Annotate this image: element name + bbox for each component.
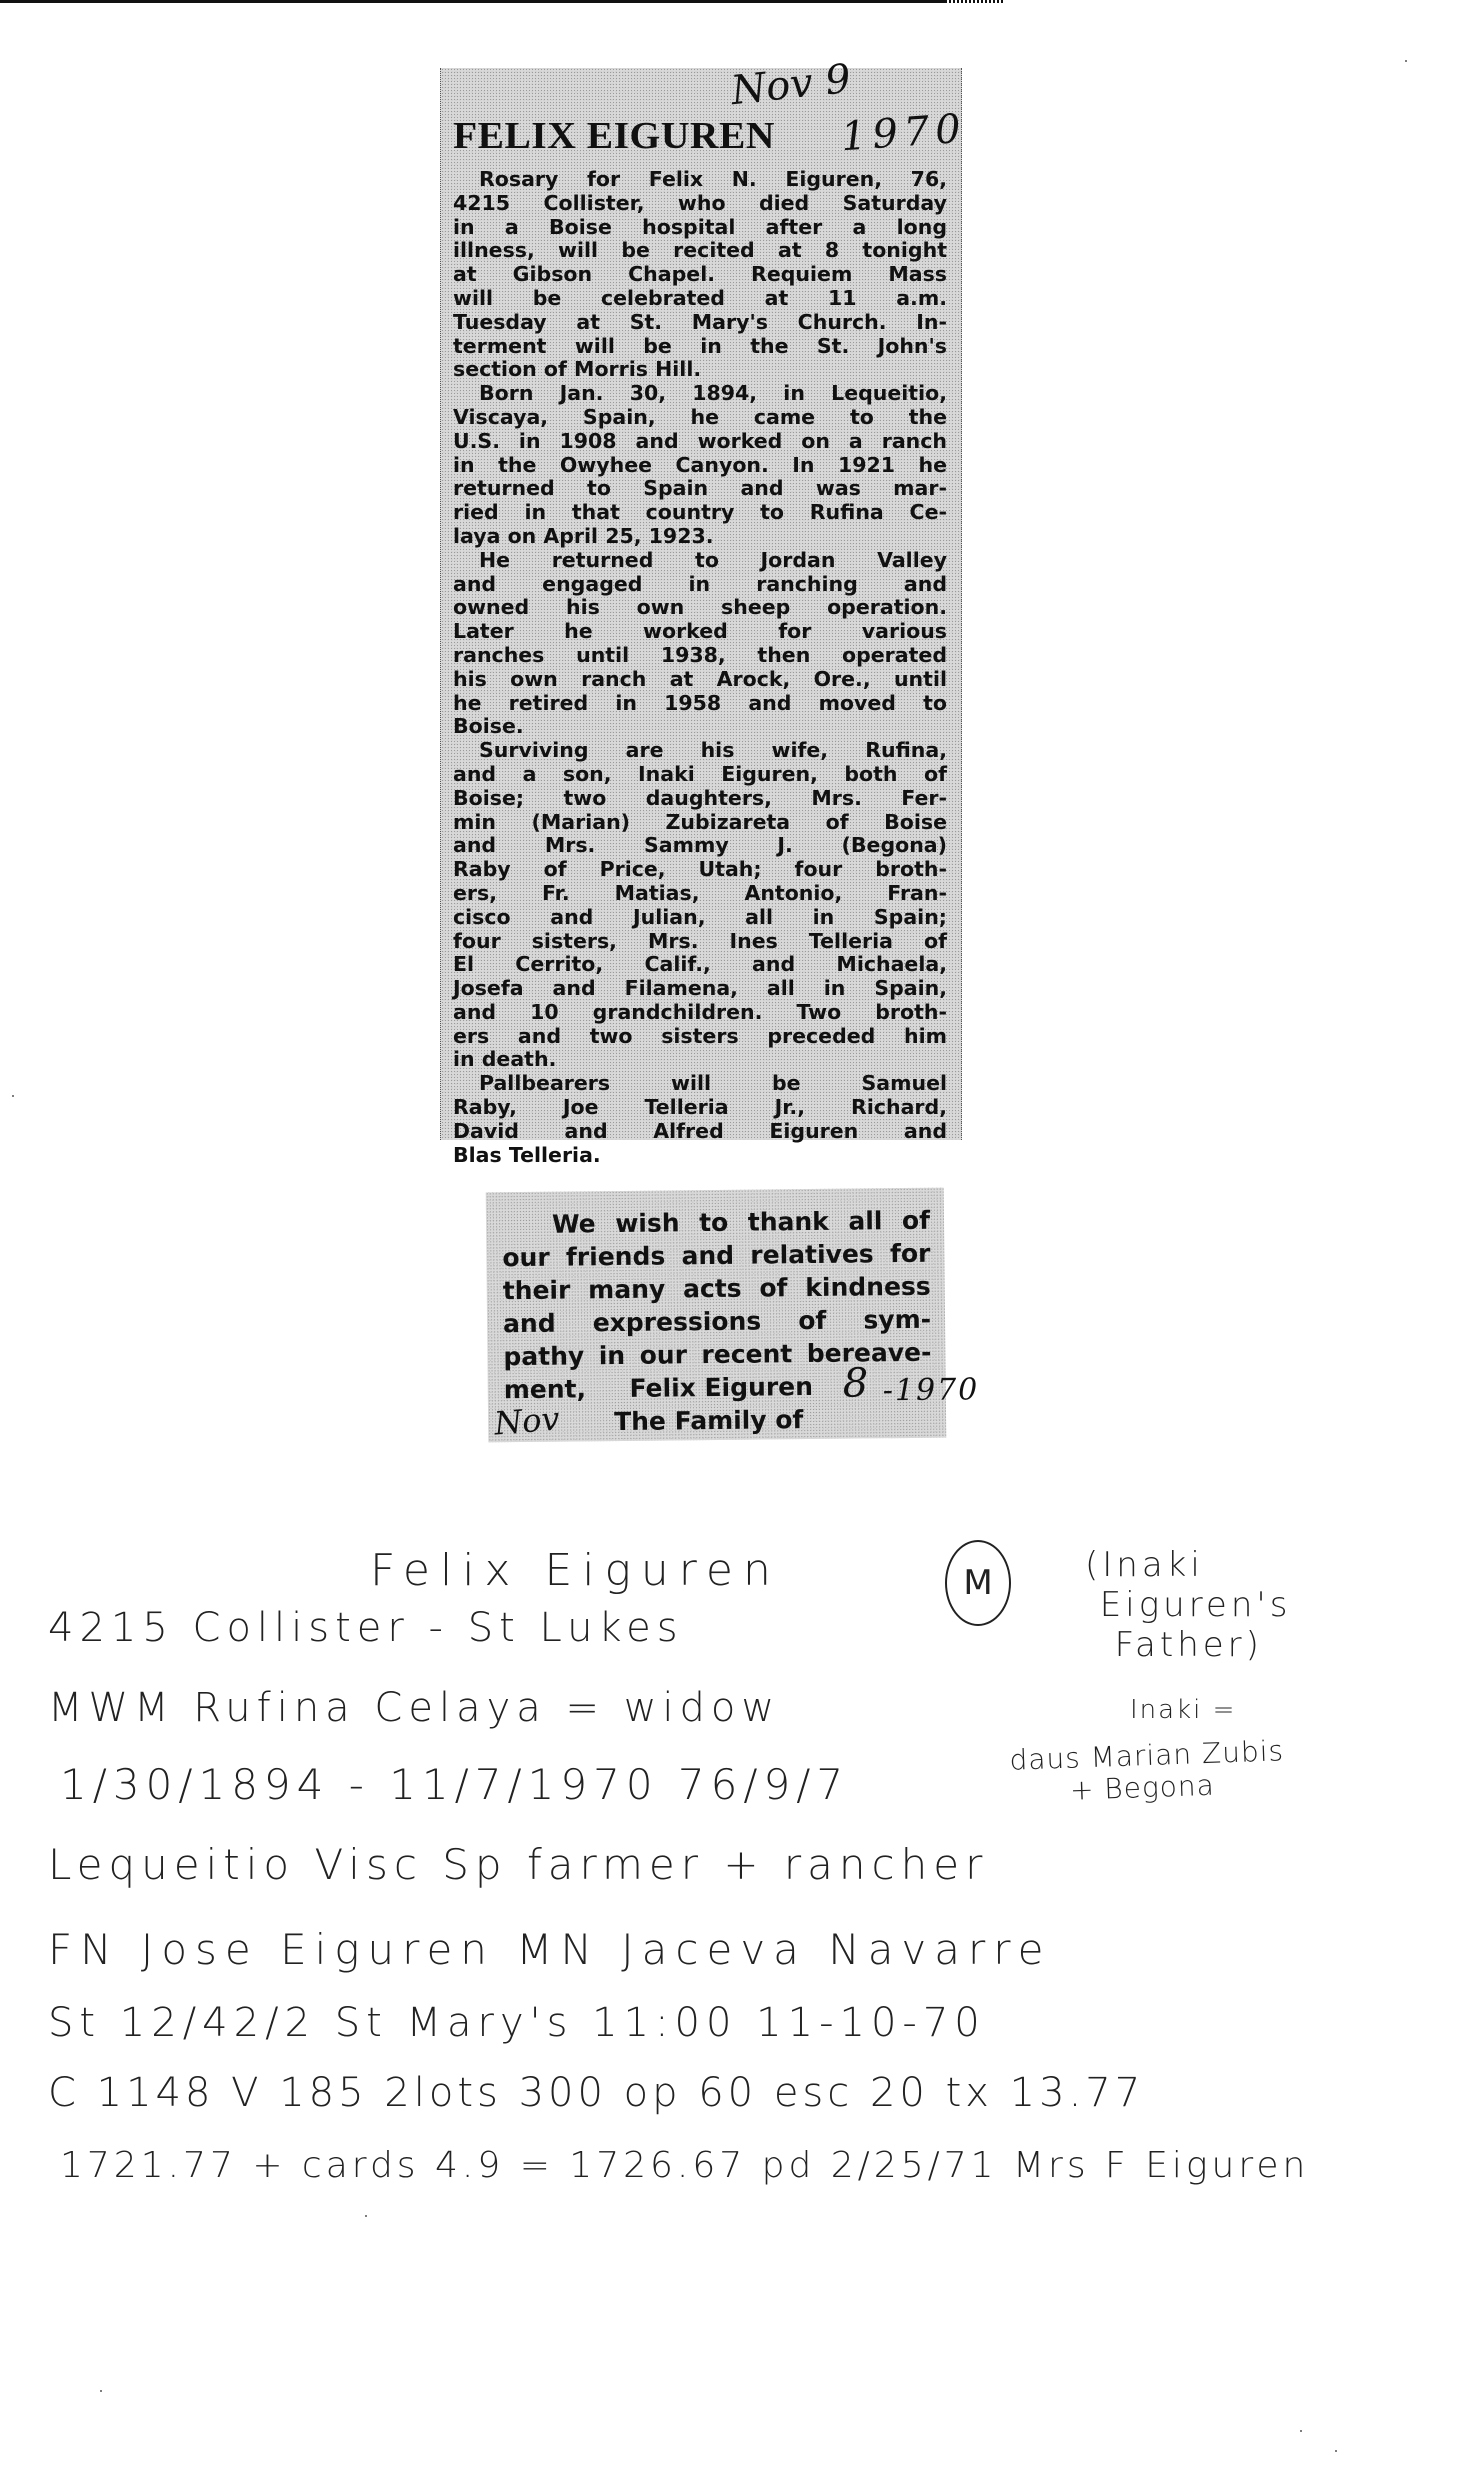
obituary-line: Later he worked for various xyxy=(453,620,947,644)
obituary-line: Boise. xyxy=(453,715,947,739)
obituary-line: cisco and Julian, all in Spain; xyxy=(453,906,947,930)
obituary-line: Boise; two daughters, Mrs. Fer- xyxy=(453,787,947,811)
card-line: their many acts of kindness xyxy=(503,1270,931,1307)
obituary-line: returned to Spain and was mar- xyxy=(453,477,947,501)
scan-top-edge xyxy=(0,0,945,3)
scan-top-edge-faint xyxy=(945,0,1005,3)
obituary-line: and Mrs. Sammy J. (Begona) xyxy=(453,834,947,858)
scan-speck xyxy=(365,2215,367,2217)
obituary-line: and a son, Inaki Eiguren, both of xyxy=(453,763,947,787)
scan-speck xyxy=(1335,2450,1337,2452)
obituary-line: four sisters, Mrs. Ines Telleria of xyxy=(453,930,947,954)
note-parents: FN Jose Eiguren MN Jaceva Navarre xyxy=(48,1925,1051,1974)
obituary-line: El Cerrito, Calif., and Michaela, xyxy=(453,953,947,977)
obituary-line: at Gibson Chapel. Requiem Mass xyxy=(453,263,947,287)
obituary-line: he retired in 1958 and moved to xyxy=(453,692,947,716)
obituary-line: ers, Fr. Matias, Antonio, Fran- xyxy=(453,882,947,906)
obituary-line: terment will be in the St. John's xyxy=(453,335,947,359)
card-handwritten-day: 8 xyxy=(842,1360,868,1406)
obituary-line: Pallbearers will be Samuel xyxy=(453,1072,947,1096)
obituary-line: Born Jan. 30, 1894, in Lequeitio, xyxy=(453,382,947,406)
obituary-line: Blas Telleria. xyxy=(453,1144,947,1168)
card-handwritten-month: Nov xyxy=(493,1399,561,1442)
note-birthplace-occupation: Lequeitio Visc Sp farmer + rancher xyxy=(48,1840,988,1889)
obituary-paragraph: Pallbearers will be SamuelRaby, Joe Tell… xyxy=(453,1072,947,1167)
note-total-paid: 1721.77 + cards 4.9 = 1726.67 pd 2/25/71… xyxy=(60,2145,1309,2186)
obituary-paragraph: He returned to Jordan Valleyand engaged … xyxy=(453,549,947,739)
obituary-line: Tuesday at St. Mary's Church. In- xyxy=(453,311,947,335)
obituary-line: Rosary for Felix N. Eiguren, 76, xyxy=(453,168,947,192)
note-dates: 1/30/1894 - 11/7/1970 76/9/7 xyxy=(60,1760,849,1809)
obituary-line: illness, will be recited at 8 tonight xyxy=(453,239,947,263)
circled-m-letter: M xyxy=(963,1563,992,1603)
note-marital: MWM Rufina Celaya = widow xyxy=(48,1685,780,1731)
handwritten-date-month-day: Nov 9 xyxy=(729,56,853,114)
scan-speck xyxy=(12,1095,14,1097)
obituary-paragraph: Born Jan. 30, 1894, in Lequeitio,Viscaya… xyxy=(453,382,947,549)
obituary-line: Raby of Price, Utah; four broth- xyxy=(453,858,947,882)
card-handwritten-year: -1970 xyxy=(883,1372,980,1408)
obituary-line: min (Marian) Zubizareta of Boise xyxy=(453,811,947,835)
obituary-line: Josefa and Filamena, all in Spain, xyxy=(453,977,947,1001)
obituary-line: will be celebrated at 11 a.m. xyxy=(453,287,947,311)
obituary-paragraph: Surviving are his wife, Rufina,and a son… xyxy=(453,739,947,1072)
note-address: 4215 Collister - St Lukes xyxy=(48,1605,684,1651)
obituary-line: section of Morris Hill. xyxy=(453,358,947,382)
scan-speck xyxy=(1300,2430,1302,2432)
card-line: We wish to thank all of xyxy=(502,1204,930,1241)
circled-m-mark: M xyxy=(945,1540,1011,1626)
obituary-line: Surviving are his wife, Rufina, xyxy=(453,739,947,763)
thank-you-card: We wish to thank all of our friends and … xyxy=(486,1188,947,1443)
note-inaki: Inaki = xyxy=(1130,1695,1236,1725)
obituary-title: FELIX EIGUREN xyxy=(453,114,967,158)
note-relation: (Inaki Eiguren's Father) xyxy=(1085,1545,1291,1665)
card-signature-family: The Family of xyxy=(504,1402,932,1439)
obituary-line: ried in that country to Rufina Ce- xyxy=(453,501,947,525)
obituary-line: in death. xyxy=(453,1048,947,1072)
obituary-line: owned his own sheep operation. xyxy=(453,596,947,620)
obituary-body: Rosary for Felix N. Eiguren, 76,4215 Col… xyxy=(453,168,947,1167)
note-daughters: daus Marian Zubis + Begona xyxy=(1009,1735,1286,1809)
obituary-line: David and Alfred Eiguren and xyxy=(453,1120,947,1144)
obituary-line: his own ranch at Arock, Ore., until xyxy=(453,668,947,692)
obituary-line: laya on April 25, 1923. xyxy=(453,525,947,549)
scan-speck xyxy=(100,2390,102,2392)
obituary-line: and 10 grandchildren. Two broth- xyxy=(453,1001,947,1025)
obituary-line: and engaged in ranching and xyxy=(453,573,947,597)
note-cemetery-service: St 12/42/2 St Mary's 11:00 11-10-70 xyxy=(48,2000,986,2046)
obituary-line: Raby, Joe Telleria Jr., Richard, xyxy=(453,1096,947,1120)
obituary-line: in the Owyhee Canyon. In 1921 he xyxy=(453,454,947,478)
obituary-line: He returned to Jordan Valley xyxy=(453,549,947,573)
note-costs: C 1148 V 185 2lots 300 op 60 esc 20 tx 1… xyxy=(48,2070,1144,2116)
obituary-line: in a Boise hospital after a long xyxy=(453,216,947,240)
note-deceased-name: Felix Eiguren xyxy=(370,1545,781,1596)
obituary-line: ranches until 1938, then operated xyxy=(453,644,947,668)
obituary-line: ers and two sisters preceded him xyxy=(453,1025,947,1049)
obituary-line: Viscaya, Spain, he came to the xyxy=(453,406,947,430)
scan-speck xyxy=(1405,60,1407,62)
obituary-paragraph: Rosary for Felix N. Eiguren, 76,4215 Col… xyxy=(453,168,947,382)
obituary-line: 4215 Collister, who died Saturday xyxy=(453,192,947,216)
card-line: and expressions of sym- xyxy=(503,1303,931,1340)
card-line: our friends and relatives for xyxy=(502,1237,930,1274)
obituary-clipping: Nov 9 1970 FELIX EIGUREN Rosary for Feli… xyxy=(440,68,962,1140)
obituary-line: U.S. in 1908 and worked on a ranch xyxy=(453,430,947,454)
